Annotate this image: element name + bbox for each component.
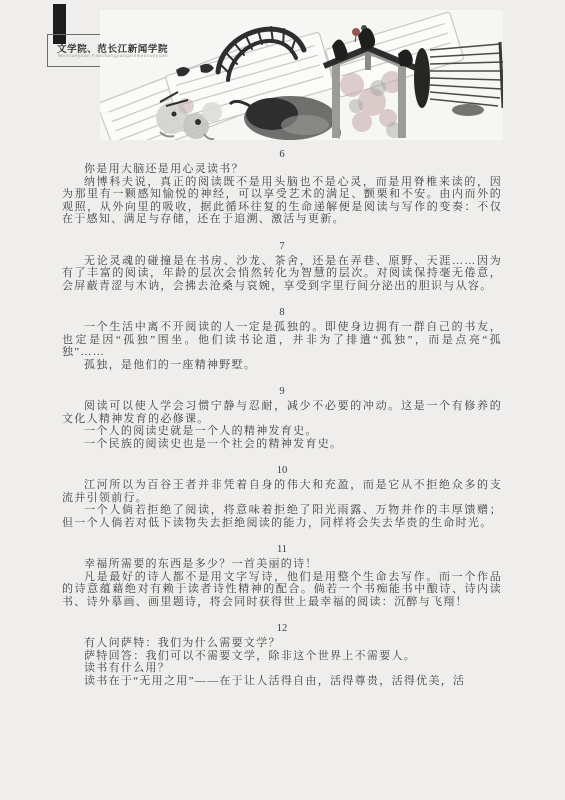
section-number: 11 (62, 544, 502, 555)
section-12: 12有人问萨特：我们为什么需要文学？萨特回答：我们可以不需要文学，除非这个世界上… (62, 623, 502, 687)
paragraph: 无论灵魂的碰撞是在书房、沙龙、茶舍，还是在弄巷、原野、天涯……因为有了丰富的阅读… (62, 255, 502, 293)
paragraph: 纳博科夫说，真正的阅读既不是用头脑也不是心灵，而是用脊椎来读的，因为那里有一颗感… (62, 176, 502, 226)
institution-logo-pinyin: Wenxueyuan Fanchangjiangxinwenxueyuan (58, 53, 168, 58)
paragraph: 阅读可以使人学会习惯宁静与忍耐，减少不必要的冲动。这是一个有修养的文化人精神发育… (62, 400, 502, 425)
paragraph: 一个生活中离不开阅读的人一定是孤独的。即使身边拥有一群自己的书友，也定是因“孤独… (62, 321, 502, 359)
paragraph: 江河所以为百谷王者并非凭着自身的伟大和充盈，而是它从不拒绝众多的支流并引领前行。 (62, 479, 502, 504)
ink-painting-artwork (100, 10, 503, 140)
paragraph: 一个民族的阅读史也是一个社会的精神发育史。 (62, 438, 502, 451)
paragraph: 孤独，是他们的一座精神野墅。 (62, 359, 502, 372)
section-8: 8一个生活中离不开阅读的人一定是孤独的。即使身边拥有一群自己的书友，也定是因“孤… (62, 307, 502, 371)
paragraph: 凡是最好的诗人都不是用文字写诗，他们是用整个生命去写作。而一个作品的诗意蕴藉绝对… (62, 571, 502, 609)
section-number: 6 (62, 149, 502, 160)
paragraph: 读书有什么用？ (62, 662, 502, 675)
section-9: 9阅读可以使人学会习惯宁静与忍耐，减少不必要的冲动。这是一个有修养的文化人精神发… (62, 386, 502, 450)
paragraph: 幸福所需要的东西是多少？一首美丽的诗！ (62, 558, 502, 571)
ink-ox (230, 96, 339, 140)
section-number: 9 (62, 386, 502, 397)
section-number: 10 (62, 465, 502, 476)
section-11: 11幸福所需要的东西是多少？一首美丽的诗！凡是最好的诗人都不是用文字写诗，他们是… (62, 544, 502, 608)
paragraph: 你是用大脑还是用心灵读书？ (62, 163, 502, 176)
paragraph: 读书在于“无用之用”——在于让人活得自由，活得尊贵，活得优美，活 (62, 675, 502, 688)
section-number: 12 (62, 623, 502, 634)
header-artwork (100, 10, 503, 140)
document-page: 文学院、范长江新闻学院 Wenxueyuan Fanchangjiangxinw… (0, 0, 565, 800)
paragraph: 一个人倘若拒绝了阅读，将意味着拒绝了阳光雨露、万物并作的丰厚馈赠；但一个人倘若对… (62, 504, 502, 529)
section-number: 7 (62, 241, 502, 252)
essay-content: 6你是用大脑还是用心灵读书？纳博科夫说，真正的阅读既不是用头脑也不是心灵，而是用… (62, 149, 502, 702)
section-10: 10江河所以为百谷王者并非凭着自身的伟大和充盈，而是它从不拒绝众多的支流并引领前… (62, 465, 502, 529)
section-number: 8 (62, 307, 502, 318)
paragraph: 有人问萨特：我们为什么需要文学？ (62, 637, 502, 650)
paragraph: 一个人的阅读史就是一个人的精神发育史。 (62, 425, 502, 438)
section-6: 6你是用大脑还是用心灵读书？纳博科夫说，真正的阅读既不是用头脑也不是心灵，而是用… (62, 149, 502, 226)
paragraph: 萨特回答：我们可以不需要文学，除非这个世界上不需要人。 (62, 650, 502, 663)
section-7: 7无论灵魂的碰撞是在书房、沙龙、茶舍，还是在弄巷、原野、天涯……因为有了丰富的阅… (62, 241, 502, 293)
